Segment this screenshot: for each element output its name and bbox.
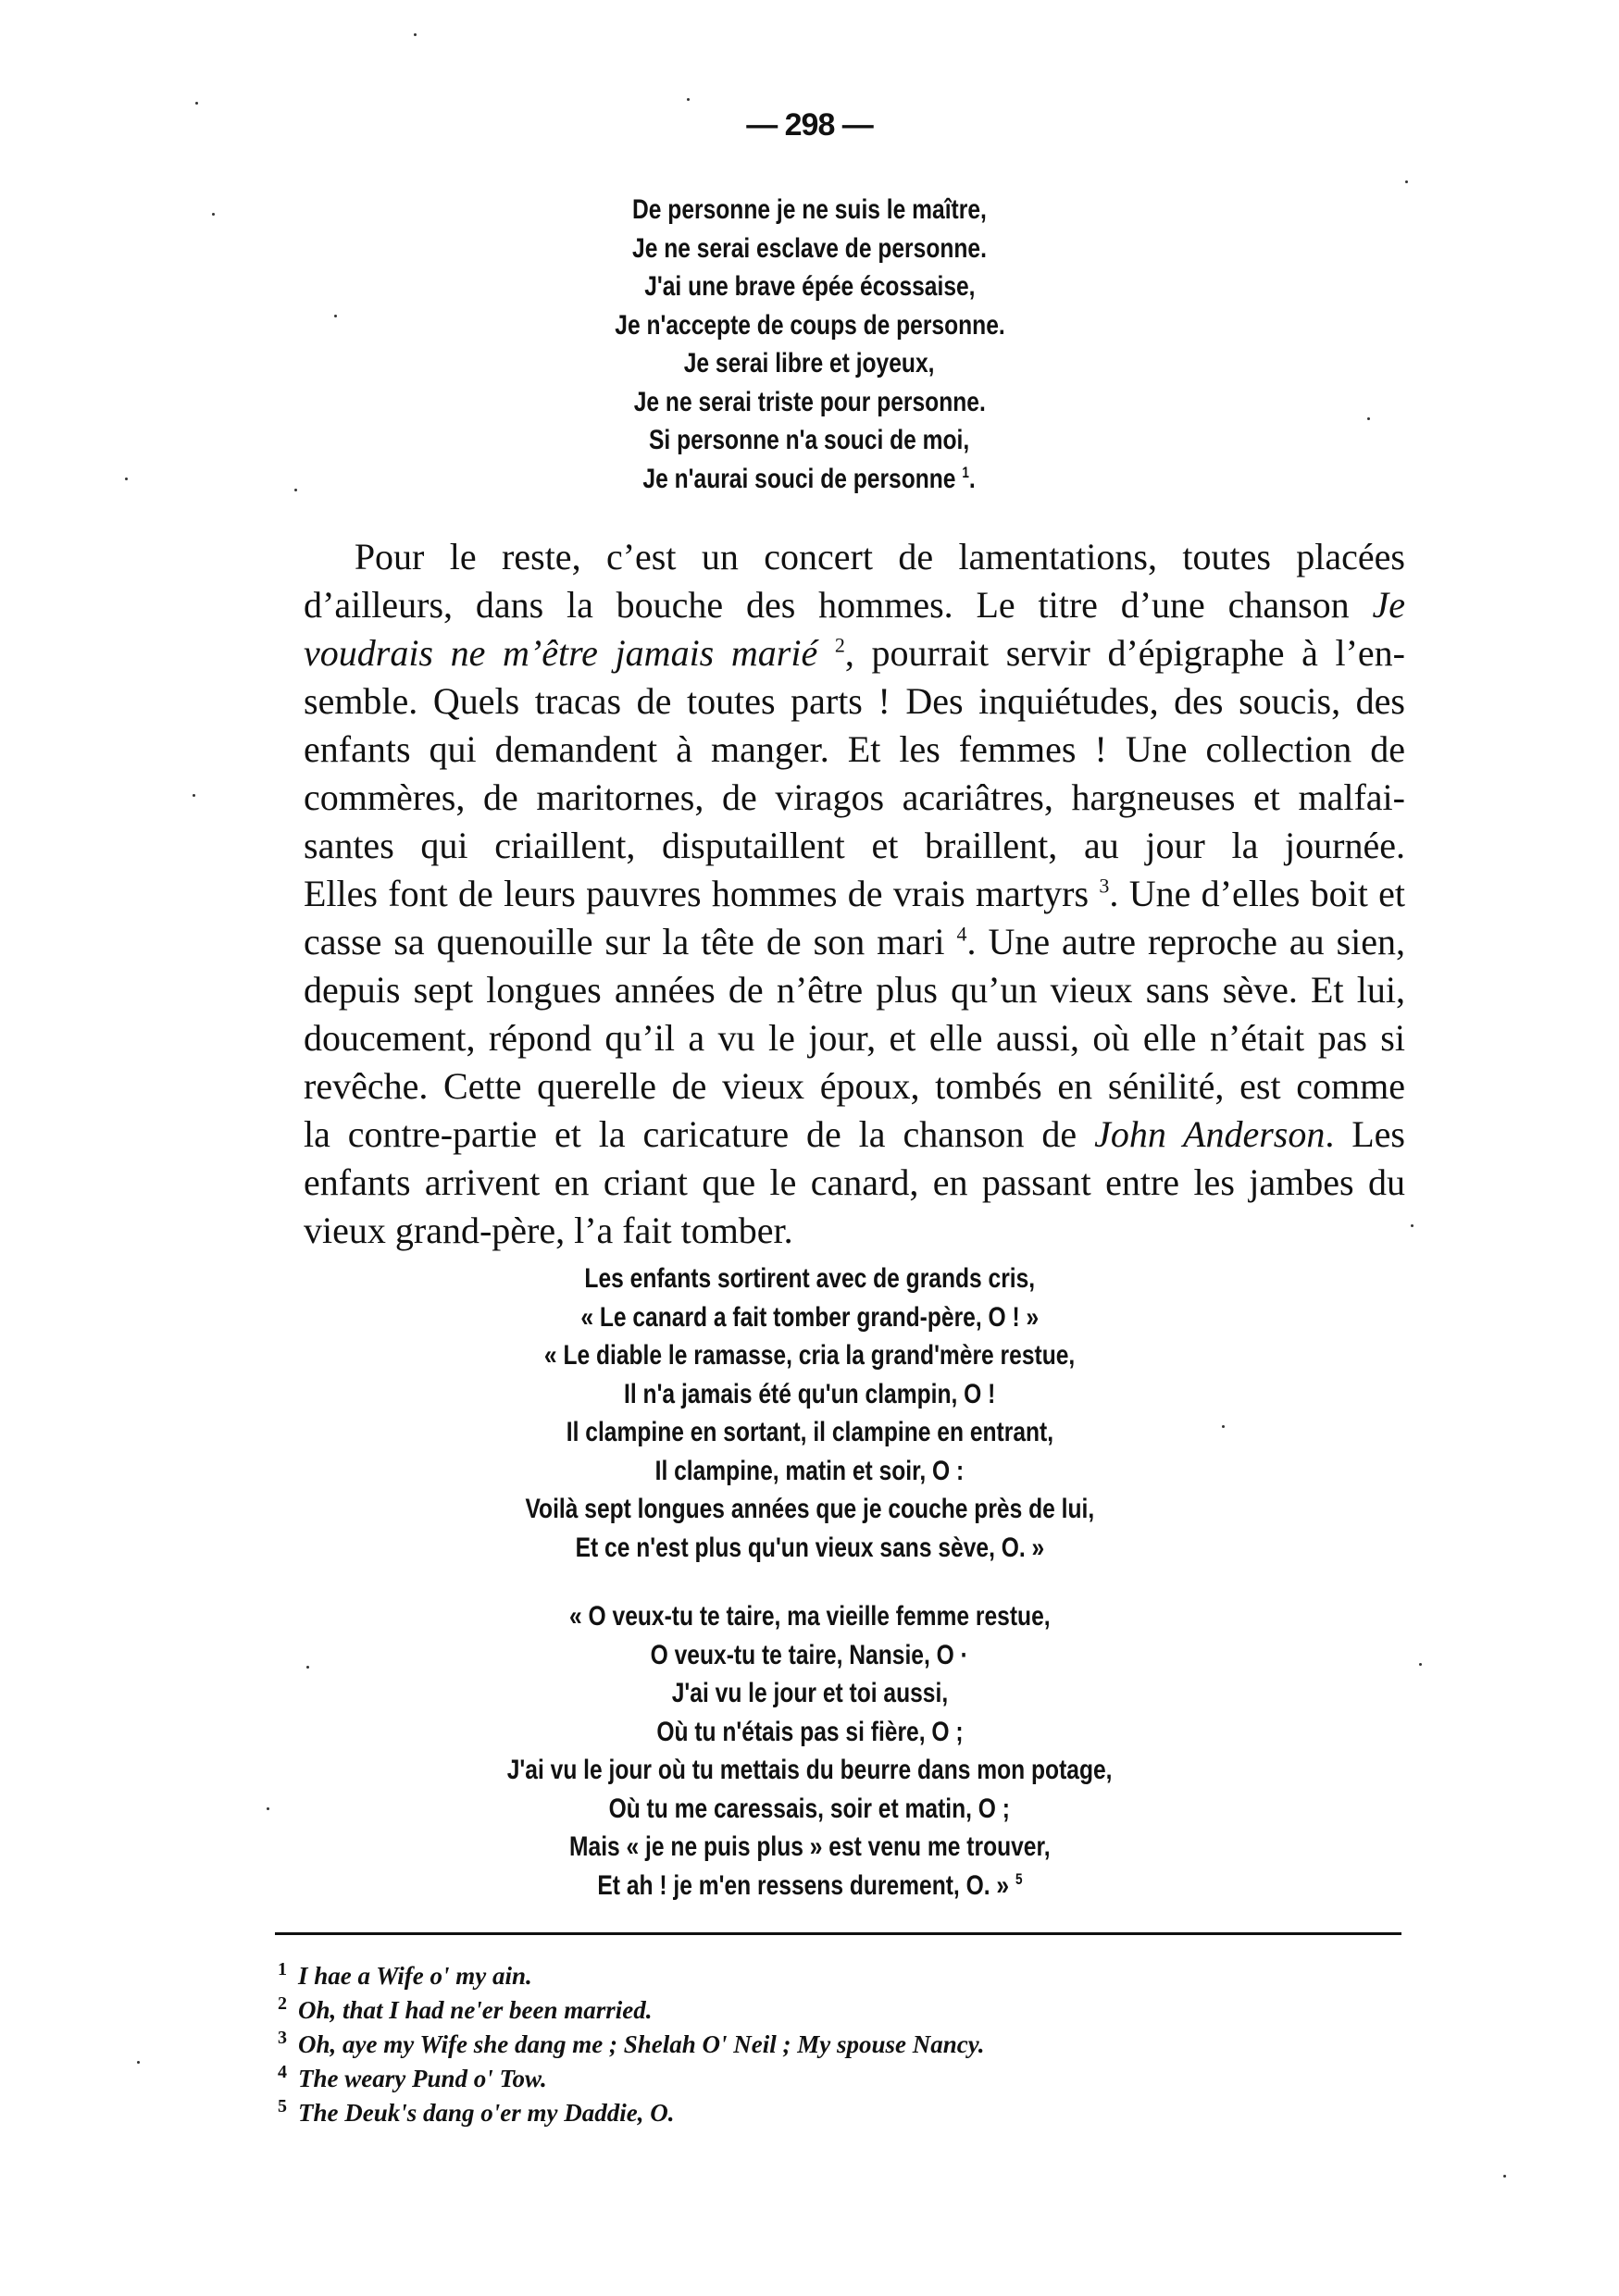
verse-block-2: Les enfants sortirent avec de grands cri… <box>0 1260 1619 1567</box>
song-title-italic: voudrais ne m’être jamais marié <box>304 632 817 674</box>
verse-block-3: « O veux-tu te taire, ma vieille femme r… <box>0 1597 1619 1905</box>
prose-line: semble. Quels tracas de toutes parts ! D… <box>304 677 1405 726</box>
scan-speck <box>414 33 417 36</box>
verse-line: Si personne n'a souci de moi, <box>0 421 1619 460</box>
prose-line: revêche. Cette querelle de vieux époux, … <box>304 1062 1405 1111</box>
scan-speck <box>193 794 195 797</box>
scan-speck <box>1405 180 1408 183</box>
scan-speck <box>195 102 198 105</box>
prose-line: santes qui criaillent, disputaillent et … <box>304 822 1405 870</box>
prose-line: la contre-partie et la caricature de la … <box>304 1111 1405 1159</box>
footnote-ref-5[interactable]: 5 <box>1015 1871 1023 1888</box>
footnote-1: 1I hae a Wife o' my ain. <box>278 1959 984 1993</box>
prose-line: Pour le reste, c’est un concert de lamen… <box>304 533 1405 581</box>
verse-line: J'ai vu le jour et toi aussi, <box>0 1674 1619 1713</box>
verse-line: Mais « je ne puis plus » est venu me tro… <box>0 1828 1619 1867</box>
scan-speck <box>137 2061 140 2064</box>
scan-speck <box>687 98 690 101</box>
scan-speck <box>1222 1425 1225 1428</box>
scan-speck <box>306 1666 309 1669</box>
verse-line: Il clampine, matin et soir, O : <box>0 1452 1619 1491</box>
prose-line: casse sa quenouille sur la tête de son m… <box>304 918 1405 966</box>
footnote-ref-4[interactable]: 4 <box>956 923 966 946</box>
verse-block-1: De personne je ne suis le maître, Je ne … <box>0 191 1619 498</box>
prose-line: depuis sept longues années de n’être plu… <box>304 966 1405 1014</box>
verse-line: J'ai vu le jour où tu mettais du beurre … <box>0 1751 1619 1790</box>
scan-speck <box>1419 1663 1422 1666</box>
scan-speck <box>294 489 297 491</box>
prose-line: commères, de maritornes, de viragos acar… <box>304 774 1405 822</box>
scan-speck <box>212 213 215 216</box>
scan-speck <box>267 1807 269 1810</box>
verse-line: Je ne serai triste pour personne. <box>0 383 1619 422</box>
verse-line: « Le canard a fait tomber grand-père, O … <box>0 1298 1619 1337</box>
footnote-separator-rule <box>275 1932 1401 1935</box>
verse-line: « O veux-tu te taire, ma vieille femme r… <box>0 1597 1619 1636</box>
verse-line: Je ne serai esclave de personne. <box>0 230 1619 268</box>
footnote-3: 3Oh, aye my Wife she dang me ; Shelah O'… <box>278 2028 984 2062</box>
prose-line: vieux grand-père, l’a fait tomber. <box>304 1207 1405 1255</box>
prose-paragraph: Pour le reste, c’est un concert de lamen… <box>304 533 1405 1255</box>
verse-line: Il clampine en sortant, il clampine en e… <box>0 1413 1619 1452</box>
song-title-italic: Je <box>1372 584 1405 626</box>
verse-line: Où tu n'étais pas si fière, O ; <box>0 1713 1619 1752</box>
footnote-5: 5The Deuk's dang o'er my Daddie, O. <box>278 2096 984 2130</box>
verse-line: Il n'a jamais été qu'un clampin, O ! <box>0 1375 1619 1414</box>
prose-line: voudrais ne m’être jamais marié 2, pourr… <box>304 629 1405 677</box>
verse-line: Je serai libre et joyeux, <box>0 344 1619 383</box>
footnote-4: 4The weary Pund o' Tow. <box>278 2062 984 2096</box>
verse-line: J'ai une brave épée écossaise, <box>0 267 1619 306</box>
verse-line: Les enfants sortirent avec de grands cri… <box>0 1260 1619 1298</box>
scan-speck <box>334 315 337 317</box>
footnotes: 1I hae a Wife o' my ain. 2Oh, that I had… <box>278 1959 984 2130</box>
prose-line: enfants arrivent en criant que le canard… <box>304 1159 1405 1207</box>
prose-line: Elles font de leurs pauvres hommes de vr… <box>304 870 1405 918</box>
verse-line: Voilà sept longues années que je couche … <box>0 1490 1619 1529</box>
prose-line: doucement, répond qu’il a vu le jour, et… <box>304 1014 1405 1062</box>
scan-speck <box>1367 417 1370 420</box>
footnote-ref-2[interactable]: 2 <box>835 634 845 657</box>
scan-speck <box>1503 2175 1506 2178</box>
verse-line: Où tu me caressais, soir et matin, O ; <box>0 1790 1619 1829</box>
song-title-italic: John Anderson <box>1094 1113 1325 1155</box>
footnote-ref-3[interactable]: 3 <box>1099 875 1109 898</box>
verse-line: Et ce n'est plus qu'un vieux sans sève, … <box>0 1529 1619 1568</box>
verse-line: Je n'aurai souci de personne 1. <box>0 460 1619 499</box>
verse-line: Et ah ! je m'en ressens durement, O. » 5 <box>0 1867 1619 1905</box>
scan-speck <box>125 478 128 480</box>
scan-speck <box>1411 1224 1414 1227</box>
verse-line: Je n'accepte de coups de personne. <box>0 306 1619 345</box>
verse-line: O veux-tu te taire, Nansie, O · <box>0 1636 1619 1675</box>
verse-line: De personne je ne suis le maître, <box>0 191 1619 230</box>
prose-line: d’ailleurs, dans la bouche des hommes. L… <box>304 581 1405 629</box>
footnote-2: 2Oh, that I had ne'er been married. <box>278 1993 984 2028</box>
verse-line: « Le diable le ramasse, cria la grand'mè… <box>0 1336 1619 1375</box>
page-number: — 298 — <box>0 107 1619 143</box>
prose-line: enfants qui demandent à manger. Et les f… <box>304 726 1405 774</box>
